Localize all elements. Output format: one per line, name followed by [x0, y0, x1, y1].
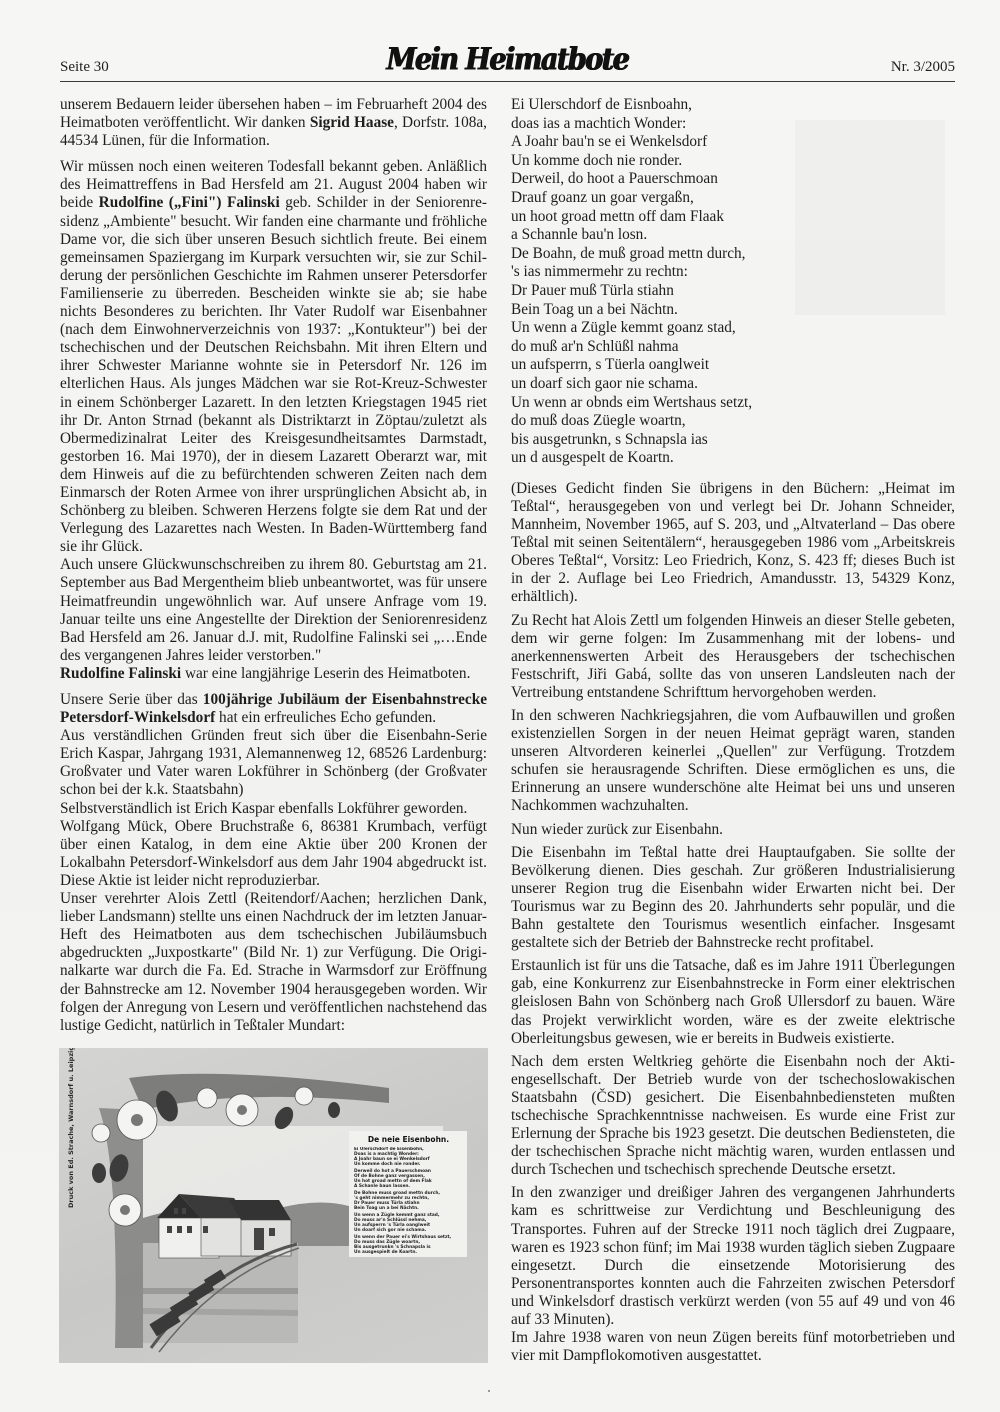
- poem-line: un doarf sich gaor nie schama.: [511, 375, 955, 394]
- poem-line: do muß doas Züegle woartn,: [511, 412, 955, 431]
- postcard-poem-line: Un komme doch nie ronder.: [354, 1162, 463, 1167]
- poem-line: un hoot groad mettn off dam Flaak: [511, 208, 955, 227]
- paragraph: Unser verehrter Alois Zettl (Reitendorf/…: [60, 890, 487, 1035]
- poem-line: un d ausgespelt de Koartn.: [511, 449, 955, 468]
- dialect-poem: Ei Ulerschdorf de Eisnboahn,doas ias a m…: [511, 96, 955, 468]
- right-column: Ei Ulerschdorf de Eisnboahn,doas ias a m…: [511, 96, 955, 1365]
- postcard-stanza: Un wenn der Pauer ei's Wirtshaus setzt,D…: [354, 1235, 463, 1255]
- paragraph: Aus verständlichen Gründen freut sich üb…: [60, 727, 487, 799]
- poem-line: Dr Pauer muß Türla stiahn: [511, 282, 955, 301]
- postcard-poem-text: Ei Ulerschdorf de Eisenbohn,Doas is a ma…: [354, 1147, 463, 1257]
- paragraph: Wolfgang Mück, Obere Bruchstraße 6, 8638…: [60, 818, 487, 890]
- speck: [488, 1390, 490, 1392]
- postcard-poem-title: De neie Eisenbohn.: [354, 1135, 463, 1144]
- poem-line: Drauf goanz un goar vergaßn,: [511, 189, 955, 208]
- masthead-logo: Mein Heimatbote: [387, 42, 629, 78]
- paragraph: Nun wieder zurück zur Eisenbahn.: [511, 821, 955, 839]
- paragraph: Nach dem ersten Weltkrieg gehörte die Ei…: [511, 1053, 955, 1180]
- postcard-poem: De neie Eisenbohn. Ei Ulerschdorf de Eis…: [349, 1131, 467, 1257]
- person-name: Rudolfine Falinski: [60, 665, 181, 682]
- paragraph: Zu Recht hat Alois Zettl um folgenden Hi…: [511, 612, 955, 702]
- paragraph: Im Jahre 1938 waren von neun Zügen berei…: [511, 1329, 955, 1365]
- paragraph: unserem Bedauern leider übersehen haben …: [60, 96, 487, 150]
- postcard-stanza: De Bohne muss groad mettn durch,'s geht …: [354, 1191, 463, 1211]
- postcard-image: Druck von Ed. Strache, Warnsdorf u. Leip…: [59, 1048, 488, 1363]
- poem-line: un aufsperrn, s Tüerla oanglweit: [511, 356, 955, 375]
- page-header: Seite 30 Mein Heimatbote Nr. 3/2005: [60, 38, 955, 82]
- paragraph: In den zwanziger und dreißiger Jahren de…: [511, 1184, 955, 1329]
- printer-caption: Druck von Ed. Strache, Warnsdorf u. Leip…: [67, 1068, 75, 1208]
- poem-line: 's ias nimmermehr zu rechtn:: [511, 263, 955, 282]
- postcard-stanza: Derweil do hot a PauerschmoanOf de Bohne…: [354, 1169, 463, 1189]
- poem-line: Ei Ulerschdorf de Eisnboahn,: [511, 96, 955, 115]
- poem-line: doas ias a machtich Wonder:: [511, 115, 955, 134]
- postcard-poem-line: Un doarf sich gor nie schama.: [354, 1228, 463, 1233]
- postcard-poem-line: Bein Toag un a bei Nächtn.: [354, 1206, 463, 1211]
- paragraph: Unsere Serie über das 100jährige Jubiläu…: [60, 691, 487, 727]
- poem-line: Un komme doch nie ronder.: [511, 152, 955, 171]
- person-name: Sigrid Haase: [310, 114, 394, 131]
- paragraph: Selbstverständlich ist Erich Kaspar eben…: [60, 800, 487, 818]
- poem-line: Bein Toag un a bei Nächtn.: [511, 301, 955, 320]
- paragraph: Rudolfine Falinski war eine langjährige …: [60, 665, 487, 683]
- poem-line: A Joahr bau'n se ei Wenkelsdorf: [511, 133, 955, 152]
- poem-line: Un wenn ar obnds eim Wertshaus setzt,: [511, 394, 955, 413]
- paragraph: Erstaunlich ist für uns die Tatsache, da…: [511, 957, 955, 1047]
- postcard-stanza: Un wenn a Zügle kemmt ganz stad,Do muss …: [354, 1213, 463, 1233]
- paragraph: In den schweren Nachkriegsjahren, die vo…: [511, 707, 955, 816]
- paragraph: Auch unsere Glückwunschschreiben zu ihre…: [60, 556, 487, 665]
- issue-number: Nr. 3/2005: [891, 59, 955, 76]
- postcard-poem-line: A Schanle baun lassen.: [354, 1184, 463, 1189]
- paragraph: Die Eisenbahn im Teßtal hatte drei Haupt…: [511, 844, 955, 953]
- poem-line: bis ausgetrunkn, s Schnapsla ias: [511, 431, 955, 450]
- poem-line: do muß ar'n Schlüßl nahma: [511, 338, 955, 357]
- postcard-stanza: Ei Ulerschdorf de Eisenbohn,Doas is a ma…: [354, 1147, 463, 1167]
- paragraph: Wir müssen noch einen weiteren Todesfall…: [60, 158, 487, 556]
- postcard-poem-line: Un ausgespielt de Koartn.: [354, 1250, 463, 1255]
- poem-line: Un wenn a Zügle kemmt goanz stad,: [511, 319, 955, 338]
- newspaper-page: Seite 30 Mein Heimatbote Nr. 3/2005 unse…: [0, 0, 1000, 1412]
- left-column: unserem Bedauern leider übersehen haben …: [60, 96, 487, 1035]
- poem-line: a Schannle bau'n losn.: [511, 226, 955, 245]
- page-number: Seite 30: [60, 59, 109, 76]
- person-name: Rudolfine („Fini") Falinski: [99, 194, 280, 211]
- paragraph: (Dieses Gedicht finden Sie übrigens in d…: [511, 480, 955, 607]
- poem-line: Derweil, do hoot a Pauerschmoan: [511, 170, 955, 189]
- poem-line: De Boahn, de muß groad mettn durch,: [511, 245, 955, 264]
